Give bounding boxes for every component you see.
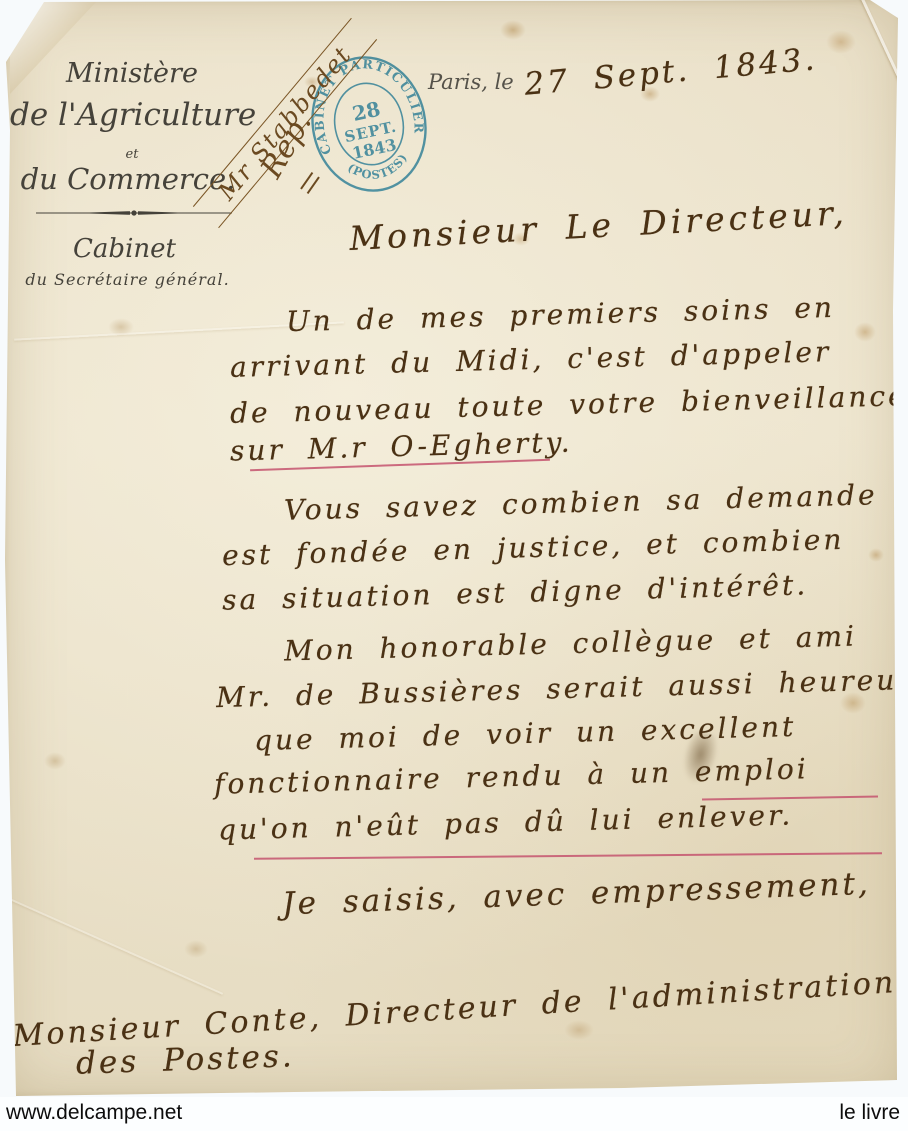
- foxing-stain: [854, 322, 876, 342]
- body-line: qu'on n'eût pas dû lui enlever.: [218, 798, 794, 846]
- crease-line: [0, 887, 223, 995]
- body-line: Vous savez combien sa demande: [284, 478, 878, 527]
- foxing-stain: [868, 548, 884, 562]
- body-line: de nouveau toute votre bienveillance: [230, 379, 908, 430]
- recipient-line: des Postes.: [75, 1038, 295, 1082]
- body-line: Un de mes premiers soins en: [286, 291, 836, 338]
- letterhead-ministry-line2: de l'Agriculture: [10, 97, 252, 133]
- letterhead-ministry-line3: et: [22, 147, 242, 162]
- foxing-stain: [564, 1020, 594, 1040]
- recipient-line: Monsieur Conte, Directeur de l'administr…: [12, 965, 897, 1054]
- letterhead-office-line1: Cabinet: [22, 234, 227, 264]
- printed-dateline-label: Paris, le: [428, 70, 514, 94]
- handwritten-date: 27 Sept. 1843.: [523, 41, 819, 102]
- body-line: est fondée en justice, et combien: [222, 523, 845, 572]
- body-line: Mr. de Bussières serait aussi heureux: [216, 663, 908, 714]
- foxing-stain: [184, 940, 208, 958]
- foxing-stain: [500, 20, 526, 40]
- body-line: fonctionnaire rendu à un emploi: [214, 752, 809, 801]
- scan-watermark-bar: www.delcampe.net le livre: [0, 1097, 908, 1131]
- crease-line: [854, 0, 908, 235]
- letterhead-ministry-line1: Ministère: [22, 58, 242, 89]
- foxing-stain: [826, 30, 856, 54]
- closing-line: Je saisis, avec empressement,: [282, 866, 872, 923]
- body-line: Mon honorable collègue et ami: [284, 620, 858, 668]
- watermark-site-text: www.delcampe.net: [6, 1101, 182, 1125]
- watermark-seller-text: le livre: [839, 1101, 900, 1125]
- letterhead-office-line2: du Secrétaire général.: [10, 270, 245, 289]
- letter-sheet: Ministère de l'Agriculture et du Commerc…: [4, 0, 902, 1097]
- foxing-stain: [44, 752, 66, 770]
- body-line: arrivant du Midi, c'est d'appeler: [230, 335, 832, 384]
- body-line: sa situation est digne d'intérêt.: [222, 568, 809, 616]
- salutation: Monsieur Le Directeur,: [348, 193, 848, 258]
- pink-underline: [254, 852, 882, 859]
